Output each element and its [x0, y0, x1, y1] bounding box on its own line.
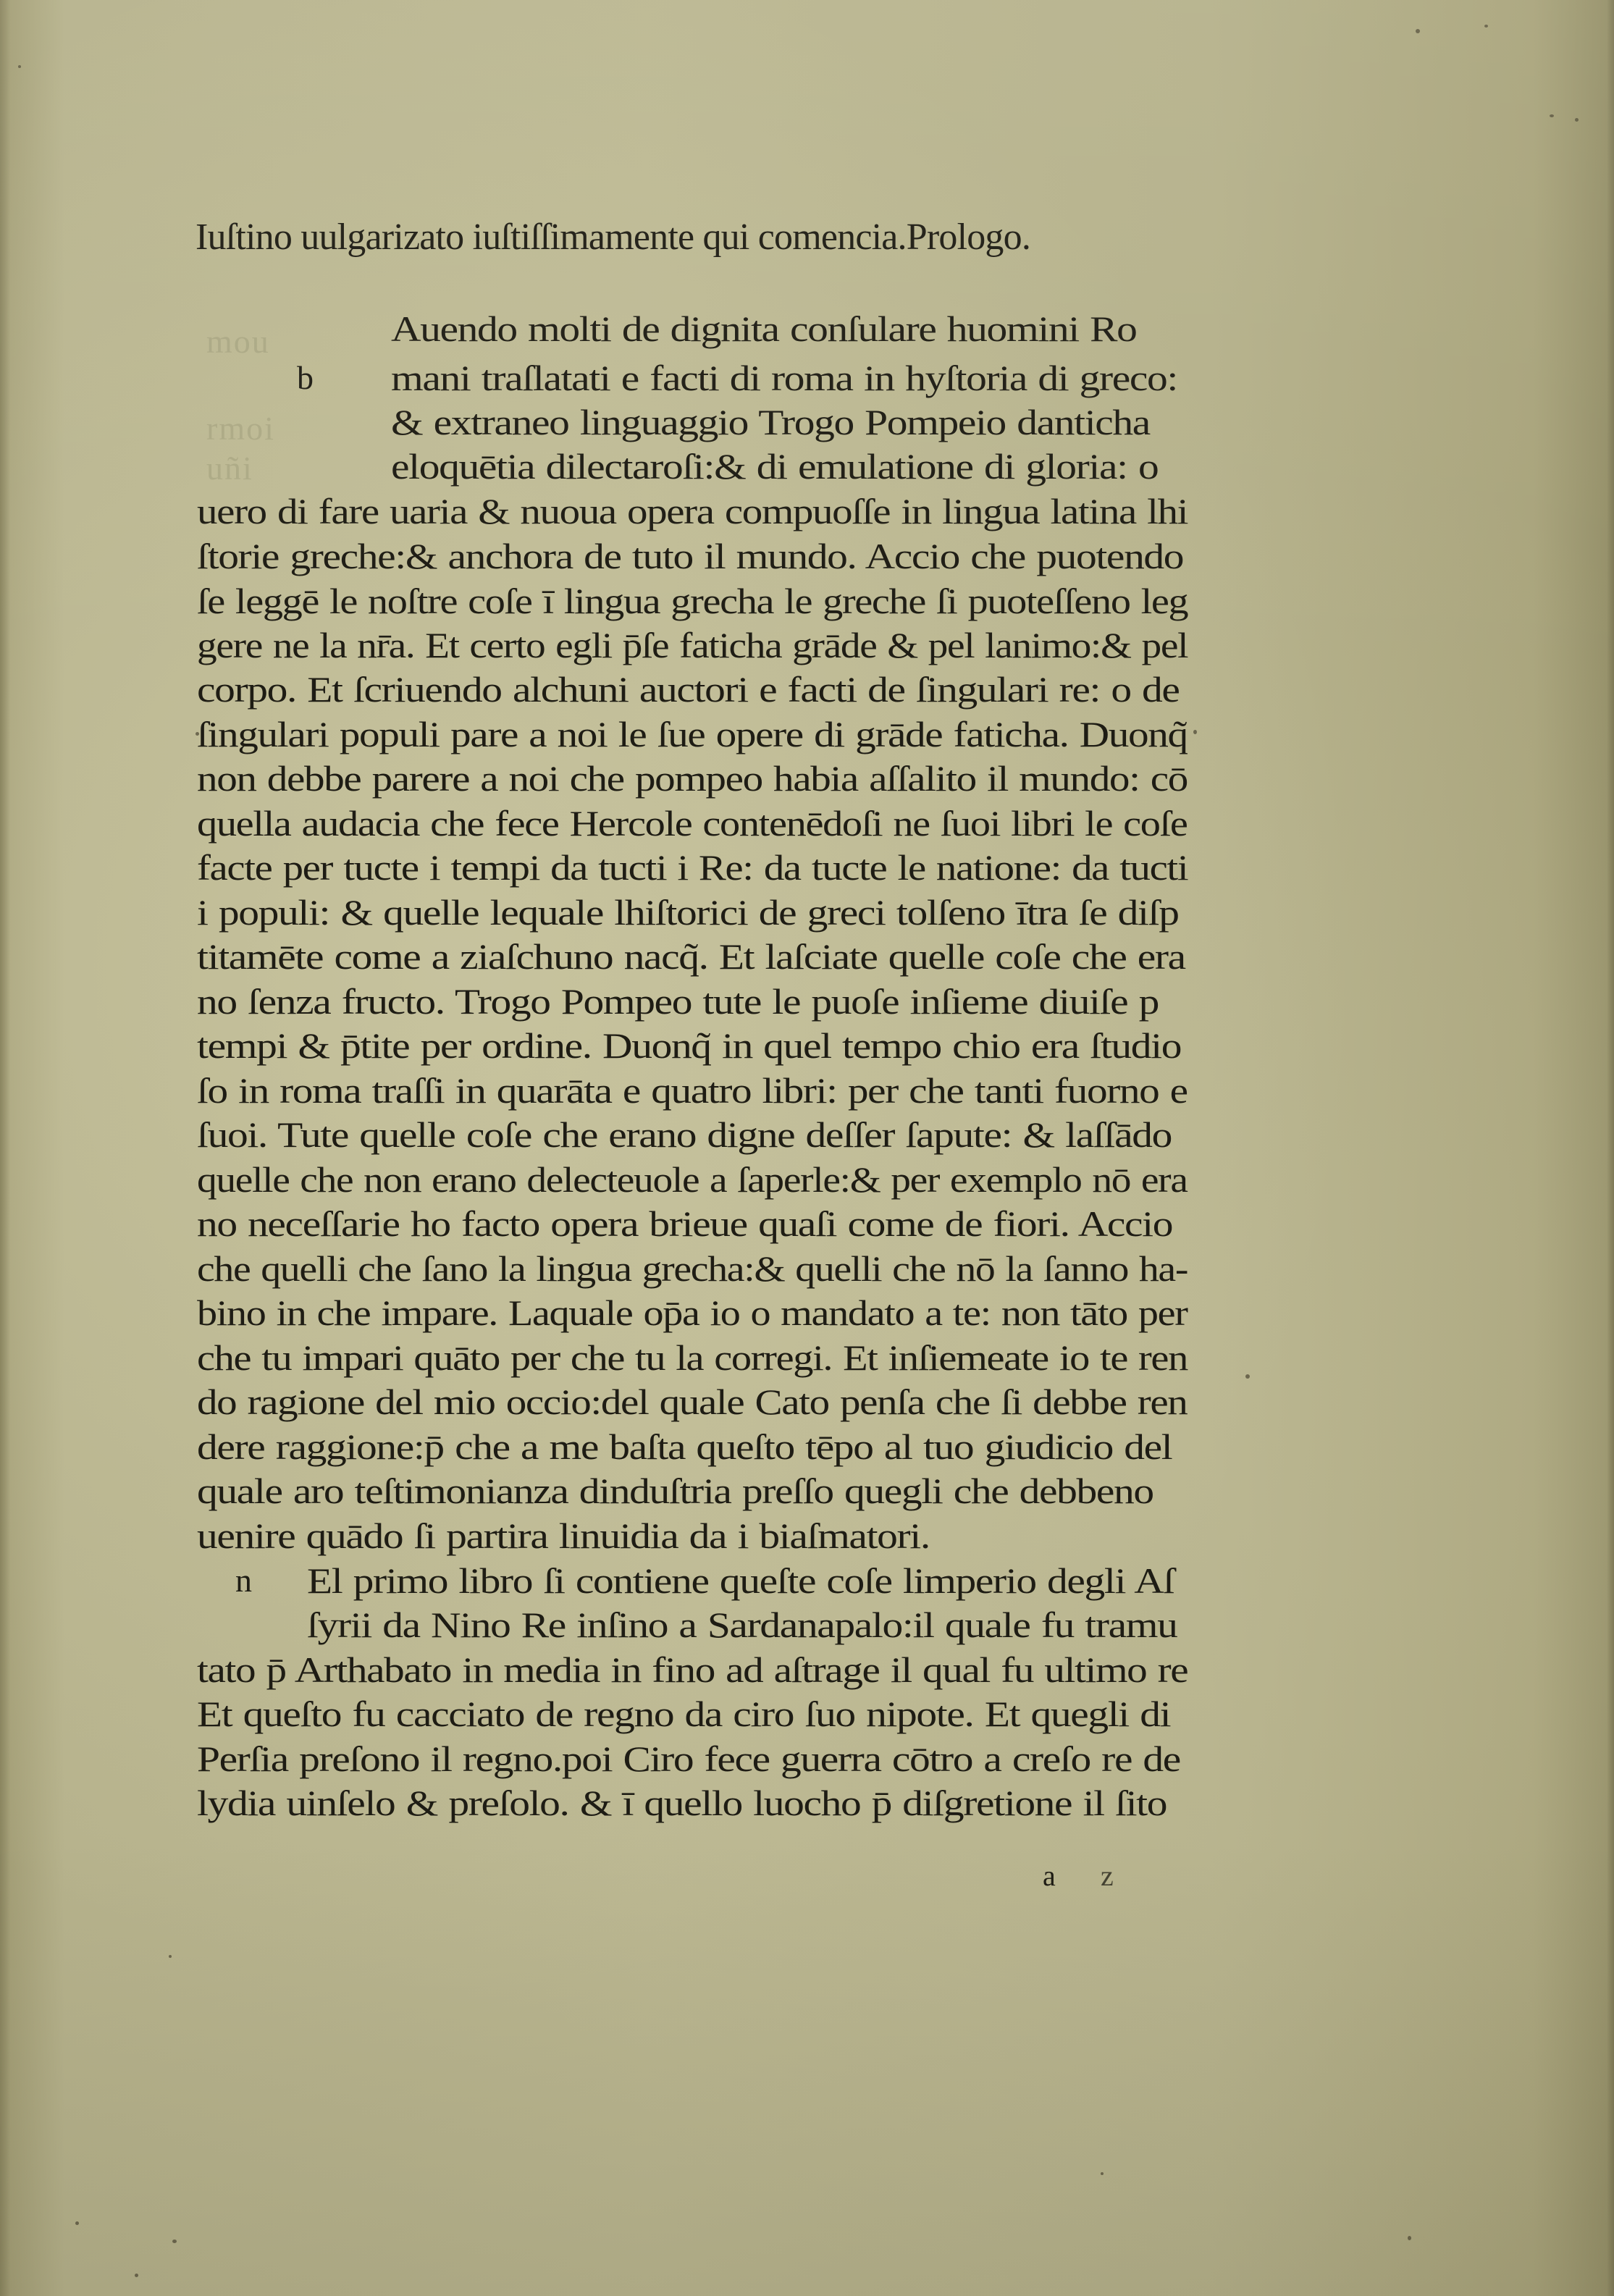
foxing-speck: [1193, 730, 1197, 734]
signature-mark-letter: a: [1043, 1858, 1056, 1894]
prologue-line: che tu impari quāto per che tu la correg…: [197, 1336, 1188, 1379]
prologue-line: quale aro teſtimonianza dinduſtria preſſ…: [197, 1469, 1153, 1513]
foxing-speck: [18, 65, 21, 68]
prologue-line: gere ne la nr̄a. Et certo egli p̄ſe fati…: [197, 623, 1188, 667]
prologue-line: no neceſſarie ho facto opera brieue quaſ…: [197, 1202, 1172, 1245]
prologue-line: uero di fare uaria & nuoua opera compuoſ…: [197, 489, 1188, 533]
prologue-line: quella audacia che fece Hercole contenēd…: [197, 802, 1188, 845]
prologue-line: non debbe parere a noi che pompeo habia …: [197, 757, 1188, 800]
foxing-speck: [1416, 29, 1420, 33]
page-right-edge-shadow: [1607, 0, 1614, 2296]
foxing-speck: [1484, 25, 1488, 28]
foxing-speck: [169, 1955, 172, 1958]
book-one-line: El primo libro ſi contiene queſte coſe l…: [307, 1559, 1174, 1602]
parchment-page: mou rmoi uñi Iuſtino uulgarizato iuſtiſſ…: [0, 0, 1614, 2296]
prologue-line: eloquētia dilectaroſi:& di emulatione di…: [391, 445, 1158, 488]
prologue-line: facte per tucte i tempi da tucti i Re: d…: [197, 846, 1188, 889]
prologue-line: ſo in roma traſſi in quarāta e quatro li…: [197, 1069, 1188, 1112]
prologue-line: ſuoi. Tute quelle coſe che erano digne d…: [197, 1113, 1172, 1156]
prologue-line: & extraneo linguaggio Trogo Pompeio dant…: [391, 400, 1150, 444]
prologue-line: che quelli che ſano la lingua grecha:& q…: [197, 1247, 1188, 1290]
guide-letter-n: n: [235, 1559, 252, 1602]
foxing-speck: [1575, 118, 1579, 122]
prologue-line: ſtorie greche:& anchora de tuto il mundo…: [197, 534, 1183, 578]
prologue-line: uenire quādo ſi partira linuidia da i bi…: [197, 1514, 930, 1557]
page-heading: Iuſtino uulgarizato iuſtiſſimamente qui …: [196, 214, 1030, 261]
book-one-line: Et queſto fu cacciato de regno da ciro ſ…: [197, 1692, 1170, 1736]
prologue-line: titamēte come a ziaſchuno nacq̃. Et laſc…: [197, 935, 1185, 978]
prologue-line: bino in che impare. Laquale op̄a io o ma…: [197, 1291, 1188, 1334]
show-through-mark: rmoi: [206, 409, 275, 447]
show-through-mark: mou: [206, 322, 270, 361]
book-one-line: Perſia preſono il regno.poi Ciro fece gu…: [197, 1737, 1180, 1780]
foxing-speck: [1101, 2172, 1104, 2175]
guide-letter-b: b: [297, 356, 314, 400]
foxing-speck: [1245, 1374, 1250, 1379]
prologue-line: Auendo molti de dignita conſulare huomin…: [391, 307, 1136, 350]
prologue-line: mani traſlatati e facti di roma in hyſto…: [391, 356, 1177, 400]
prologue-line: do ragione del mio occio:del quale Cato …: [197, 1380, 1187, 1424]
book-one-line: ſyrii da Nino Re inſino a Sardanapalo:il…: [307, 1603, 1177, 1647]
foxing-speck: [1408, 2236, 1411, 2240]
show-through-mark: uñi: [206, 449, 253, 487]
prologue-line: no ſenza fructo. Trogo Pompeo tute le pu…: [197, 980, 1159, 1023]
foxing-speck: [75, 2221, 79, 2225]
page-left-edge-shadow: [0, 0, 10, 2296]
book-one-line: tato p̄ Arthabato in media in fino ad aſ…: [197, 1648, 1188, 1691]
prologue-line: quelle che non erano delecteuole a ſaper…: [197, 1158, 1188, 1201]
prologue-line: ſe leggē le noſtre coſe ī lingua grecha …: [197, 579, 1188, 623]
book-one-line: lydia uinſelo & preſolo. & ī quello luoc…: [197, 1781, 1167, 1825]
prologue-line: i populi: & quelle lequale lhiſtorici de…: [197, 891, 1179, 934]
foxing-speck: [172, 2240, 177, 2243]
prologue-line: dere raggione:p̄ che a me baſta queſto t…: [197, 1425, 1172, 1468]
prologue-line: ſingulari populi pare a noi le ſue opere…: [197, 712, 1188, 756]
foxing-speck: [1550, 114, 1554, 117]
prologue-line: tempi & p̄tite per ordine. Duonq̃ in que…: [197, 1024, 1181, 1067]
foxing-speck: [135, 2274, 138, 2277]
prologue-line: corpo. Et ſcriuendo alchuni auctori e fa…: [197, 668, 1180, 711]
signature-mark-number: z: [1101, 1858, 1114, 1894]
